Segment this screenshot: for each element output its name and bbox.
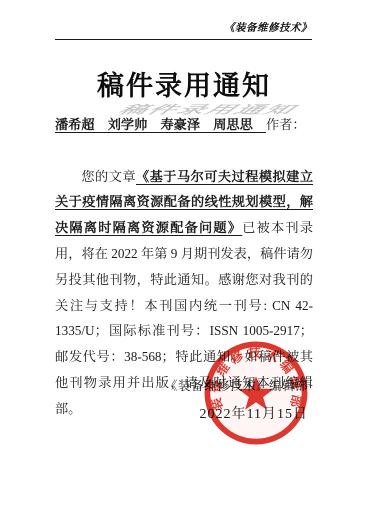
author-line: 潘希超 刘学帅 寿豪泽 周思思 作者： [55,112,313,164]
document-title-text: 稿件录用通知 [97,71,271,101]
author-label: 作者： [266,117,306,132]
page-header: 《装备维修技术》 [55,18,312,40]
editorial-department: 《装备维修技术》编辑部 [165,376,308,394]
paragraph-intro: 您的文章 [81,169,136,184]
journal-name-header: 《装备维修技术》 [224,23,312,34]
notice-date: 2022年11月15日 [165,403,308,423]
signature-block: 《装备维修技术》编辑部 2022年11月15日 [165,376,308,423]
author-names: 潘希超 刘学帅 寿豪泽 周思思 [55,117,266,132]
document-title: 稿件录用通知 稿件录用通知 [0,64,368,104]
acceptance-notice-page: 《装备维修技术》 稿件录用通知 稿件录用通知 潘希超 刘学帅 寿豪泽 周思思 作… [0,0,368,506]
